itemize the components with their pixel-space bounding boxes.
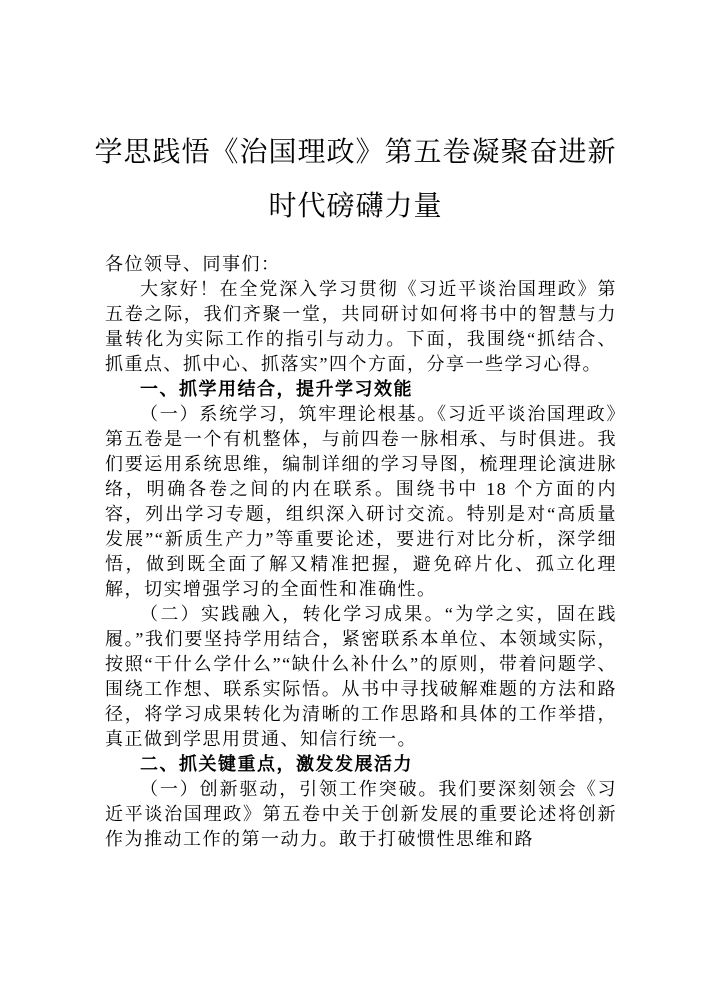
- salutation-line: 各位领导、同事们：: [105, 252, 617, 277]
- section-heading: 一、抓学用结合，提升学习效能: [105, 377, 617, 402]
- document-body: 各位领导、同事们：大家好！在全党深入学习贯彻《习近平谈治国理政》第五卷之际，我们…: [105, 252, 617, 852]
- body-paragraph: （一）创新驱动，引领工作突破。我们要深刻领会《习近平谈治国理政》第五卷中关于创新…: [105, 777, 617, 852]
- section-heading: 二、抓关键重点，激发发展活力: [105, 752, 617, 777]
- body-paragraph: （二）实践融入，转化学习成果。“为学之实，固在践履。”我们要坚持学用结合，紧密联…: [105, 602, 617, 752]
- document-title: 学思践悟《治国理政》第五卷凝聚奋进新 时代磅礴力量: [0, 126, 711, 234]
- document-page: 学思践悟《治国理政》第五卷凝聚奋进新 时代磅礴力量 各位领导、同事们：大家好！在…: [0, 0, 711, 1006]
- document-title-line-2: 时代磅礴力量: [0, 180, 711, 234]
- body-paragraph: 大家好！在全党深入学习贯彻《习近平谈治国理政》第五卷之际，我们齐聚一堂，共同研讨…: [105, 277, 617, 377]
- document-title-line-1: 学思践悟《治国理政》第五卷凝聚奋进新: [0, 126, 711, 180]
- body-paragraph: （一）系统学习，筑牢理论根基。《习近平谈治国理政》第五卷是一个有机整体，与前四卷…: [105, 402, 617, 602]
